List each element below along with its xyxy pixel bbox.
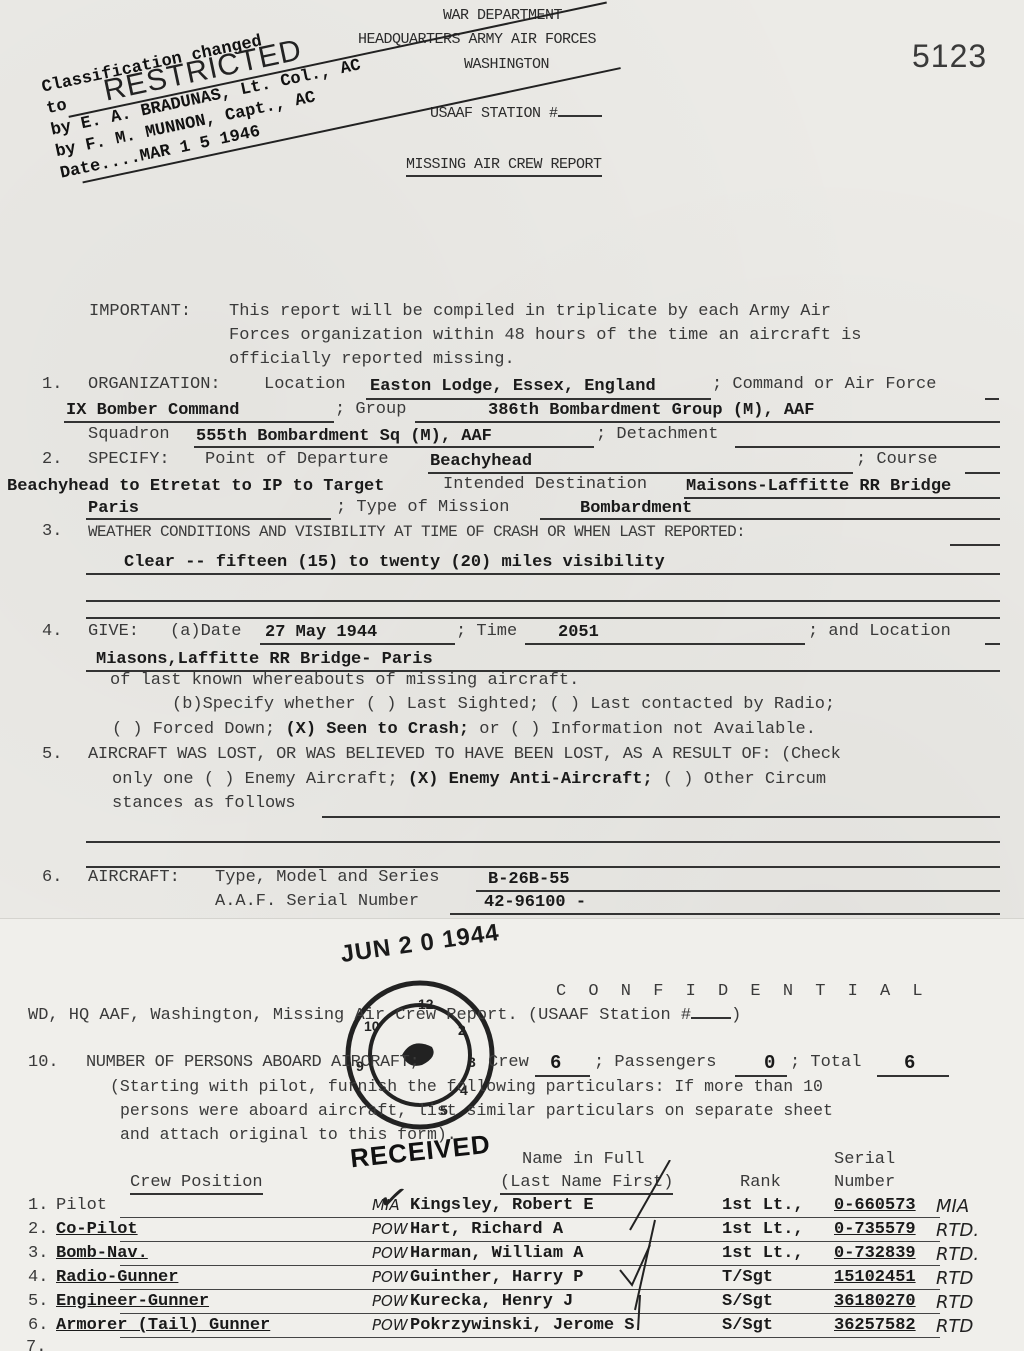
crew-serial: 36180270 (834, 1292, 916, 1312)
station-label: USAAF STATION # (430, 104, 602, 124)
location-value: Easton Lodge, Essex, England (370, 377, 656, 397)
aircraft-label: AIRCRAFT: (88, 868, 180, 888)
command-value: IX Bomber Command (66, 401, 239, 421)
report-title: MISSING AIR CREW REPORT (406, 155, 602, 177)
classification-stamp: Classification changed to by E. A. BRADU… (40, 12, 372, 185)
section-3-number: 3. (42, 522, 62, 542)
specify-whether-line: (b)Specify whether ( ) Last Sighted; ( )… (172, 695, 835, 715)
status-annotation: POW (372, 1316, 408, 1334)
crew-position: Co-Pilot (56, 1220, 138, 1240)
status-annotation: POW (372, 1244, 408, 1262)
crew-rank: S/Sgt (722, 1292, 773, 1312)
handwritten-note: RTD (936, 1268, 973, 1289)
row-number: 4. (28, 1268, 48, 1288)
departure-label: Point of Departure (205, 450, 389, 470)
status-annotation: POW (372, 1292, 408, 1310)
crew-rank: S/Sgt (722, 1316, 773, 1336)
forced-down-option: ( ) Forced Down; (X) Seen to Crash; or (… (112, 720, 816, 740)
crew-name: Hart, Richard A (410, 1220, 563, 1240)
organization-label: ORGANIZATION: (88, 375, 221, 395)
circumstances-label: stances as follows (112, 794, 296, 814)
status-annotation: POW (372, 1268, 408, 1286)
crew-serial: 0-735579 (834, 1220, 916, 1240)
group-label: ; Group (335, 400, 406, 420)
crew-serial: 0-732839 (834, 1244, 916, 1264)
crew-serial: 0-660573 (834, 1196, 916, 1216)
row-number: 2. (28, 1220, 48, 1240)
option-enemy-anti-aircraft-checked: (X) Enemy Anti-Aircraft; (408, 770, 653, 789)
crew-name: Kingsley, Robert E (410, 1196, 594, 1216)
persons-aboard-label: NUMBER OF PERSONS ABOARD AIRCRAFT; (86, 1053, 419, 1073)
time-label: ; Time (456, 622, 517, 642)
detachment-label: ; Detachment (596, 425, 718, 445)
crew-name: Kurecka, Henry J (410, 1292, 573, 1312)
course-value: Beachyhead to Etretat to IP to Target (7, 477, 384, 497)
crew-position: Armorer (Tail) Gunner (56, 1316, 270, 1336)
instructions-line-1: (Starting with pilot, furnish the follow… (110, 1077, 823, 1097)
handwritten-note: MIA (936, 1196, 969, 1217)
row-number: 3. (28, 1244, 48, 1264)
serial-label: A.A.F. Serial Number (215, 892, 419, 912)
location-label: Location (264, 375, 346, 395)
cause-question: AIRCRAFT WAS LOST, OR WAS BELIEVED TO HA… (88, 745, 841, 765)
header-washington: WASHINGTON (464, 55, 549, 75)
passengers-count: 0 (764, 1053, 775, 1073)
destination-value: Maisons-Laffitte RR Bridge (686, 477, 951, 497)
svg-text:3: 3 (468, 1054, 476, 1070)
crew-serial: 36257582 (834, 1316, 916, 1336)
option-forced-down: ( ) Forced Down; (112, 720, 275, 739)
section-10-number: 10. (28, 1053, 59, 1073)
mission-label: ; Type of Mission (336, 498, 509, 518)
group-value: 386th Bombardment Group (M), AAF (488, 401, 814, 421)
command-label: ; Command or Air Force (712, 375, 936, 395)
document-number: 5123 (912, 38, 987, 75)
option-info-not-available: or ( ) Information not Available. (479, 720, 816, 739)
time-value: 2051 (558, 623, 599, 643)
header-serial-number: Number (834, 1173, 895, 1193)
section-5-number: 5. (42, 745, 62, 765)
destination-label: Intended Destination (443, 475, 647, 495)
crew-name: Harman, William A (410, 1244, 583, 1264)
handwritten-note: RTD (936, 1292, 973, 1313)
section-1-number: 1. (42, 375, 62, 395)
option-enemy-aircraft: only one ( ) Enemy Aircraft; (112, 770, 398, 789)
departure-value: Beachyhead (430, 452, 532, 472)
crew-rank: 1st Lt., (722, 1196, 804, 1216)
handwritten-note: RTD. (936, 1220, 979, 1241)
course-label: ; Course (856, 450, 938, 470)
row-number: 6. (28, 1316, 48, 1336)
row-7-number: 7. (26, 1338, 46, 1351)
aircraft-type-value: B-26B-55 (488, 870, 570, 890)
crew-rank: T/Sgt (722, 1268, 773, 1288)
important-line-2: Forces organization within 48 hours of t… (229, 326, 862, 346)
crew-position: Engineer-Gunner (56, 1292, 209, 1312)
handwritten-note: RTD. (936, 1244, 979, 1265)
row-number: 1. (28, 1196, 48, 1216)
location-label-4: ; and Location (808, 622, 951, 642)
total-count: 6 (904, 1053, 915, 1073)
header-serial: Serial (834, 1150, 895, 1170)
important-label: IMPORTANT: (89, 302, 191, 322)
destination-continued: Paris (88, 499, 139, 519)
important-line-3: officially reported missing. (229, 350, 515, 370)
crew-name: Guinther, Harry P (410, 1268, 583, 1288)
section-4-number: 4. (42, 622, 62, 642)
location-suffix: of last known whereabouts of missing air… (110, 671, 579, 691)
give-label: GIVE: (88, 622, 139, 642)
handwritten-note: RTD (936, 1316, 973, 1337)
row-number: 5. (28, 1292, 48, 1312)
mission-value: Bombardment (580, 499, 692, 519)
crew-serial: 15102451 (834, 1268, 916, 1288)
option-seen-to-crash-checked: (X) Seen to Crash; (285, 720, 469, 739)
header-crew-position: Crew Position (130, 1173, 263, 1195)
date-value: 27 May 1944 (265, 623, 377, 643)
cause-options: only one ( ) Enemy Aircraft; (X) Enemy A… (112, 770, 826, 790)
crew-rank: 1st Lt., (722, 1244, 804, 1264)
crash-location-value: Miasons,Laffitte RR Bridge- Paris (96, 650, 433, 670)
total-label: ; Total (790, 1053, 861, 1073)
confidential-label: C O N F I D E N T I A L (556, 982, 929, 1002)
crew-position: Bomb-Nav. (56, 1244, 148, 1264)
passengers-label: ; Passengers (594, 1053, 716, 1073)
section-6-number: 6. (42, 868, 62, 888)
section-2-number: 2. (42, 450, 62, 470)
specify-label: SPECIFY: (88, 450, 170, 470)
squadron-label: Squadron (88, 425, 170, 445)
crew-count: 6 (550, 1053, 561, 1073)
header-rank: Rank (740, 1173, 781, 1193)
status-annotation: POW (372, 1220, 408, 1238)
date-label: (a)Date (170, 622, 241, 642)
type-model-label: Type, Model and Series (215, 868, 439, 888)
weather-label: WEATHER CONDITIONS AND VISIBILITY AT TIM… (88, 522, 745, 542)
crew-label: Crew (488, 1053, 529, 1073)
crew-position: Radio-Gunner (56, 1268, 178, 1288)
weather-value: Clear -- fifteen (15) to twenty (20) mil… (124, 553, 665, 573)
crew-rank: 1st Lt., (722, 1220, 804, 1240)
squadron-value: 555th Bombardment Sq (M), AAF (196, 427, 492, 447)
document-page: WAR DEPARTMENT HEADQUARTERS ARMY AIR FOR… (0, 0, 1024, 1351)
aircraft-serial-value: 42-96100 - (484, 893, 586, 913)
important-line-1: This report will be compiled in triplica… (229, 302, 831, 322)
instructions-line-2: persons were aboard aircraft, list simil… (120, 1101, 833, 1121)
handwritten-check-strokes-icon (600, 1160, 680, 1340)
continuation-header: WD, HQ AAF, Washington, Missing Air Crew… (28, 1006, 741, 1026)
crew-position: Pilot (56, 1196, 107, 1216)
option-other: ( ) Other Circum (663, 770, 826, 789)
